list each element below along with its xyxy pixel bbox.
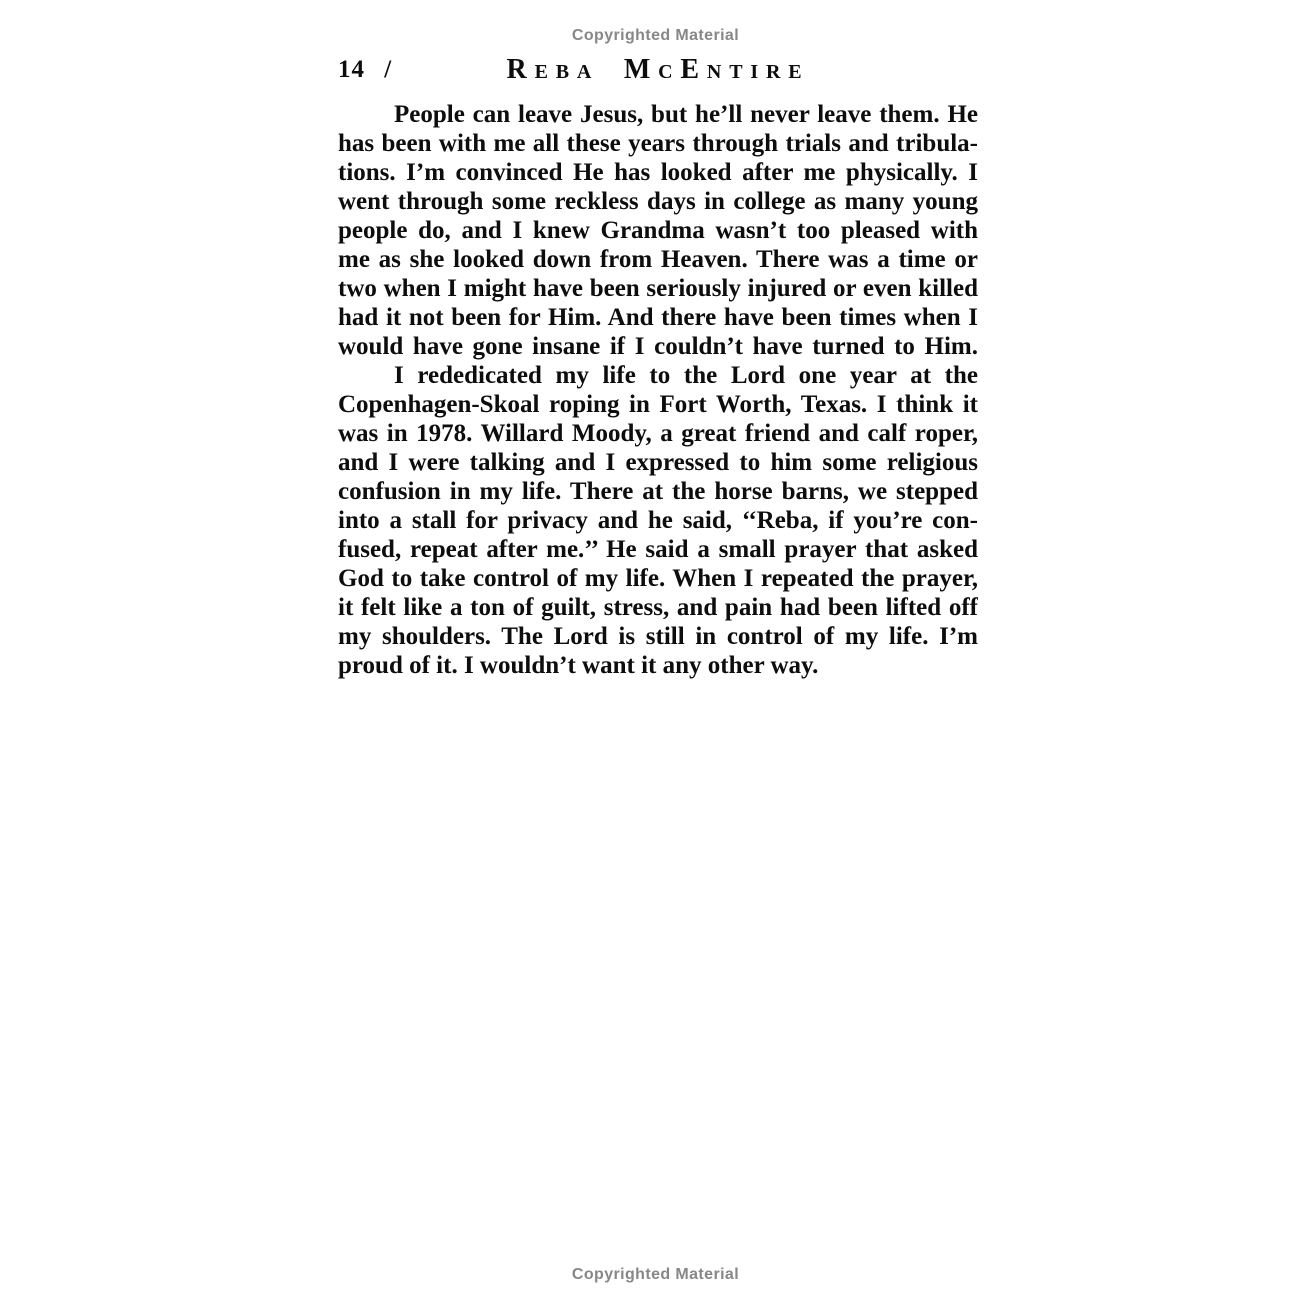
- text-line: into a stall for privacy and he said, ‘‘…: [338, 506, 978, 535]
- text-line: confusion in my life. There at the horse…: [338, 477, 978, 506]
- text-line: proud of it. I wouldn’t want it any othe…: [338, 651, 978, 680]
- text-line: my shoulders. The Lord is still in contr…: [338, 622, 978, 651]
- text-line: had it not been for Him. And there have …: [338, 303, 978, 332]
- text-line: went through some reckless days in colle…: [338, 187, 978, 216]
- text-line: was in 1978. Willard Moody, a great frie…: [338, 419, 978, 448]
- running-header-title: Reba McEntire: [338, 54, 978, 86]
- copyright-watermark-bottom: Copyrighted Material: [0, 1266, 1311, 1284]
- text-line: would have gone insane if I couldn’t hav…: [338, 332, 978, 361]
- body-text: People can leave Jesus, but he’ll never …: [338, 100, 978, 680]
- text-line: Copenhagen-Skoal roping in Fort Worth, T…: [338, 390, 978, 419]
- text-line: two when I might have been seriously inj…: [338, 274, 978, 303]
- text-line: it felt like a ton of guilt, stress, and…: [338, 593, 978, 622]
- text-line: me as she looked down from Heaven. There…: [338, 245, 978, 274]
- text-line: people do, and I knew Grandma wasn’t too…: [338, 216, 978, 245]
- paragraph: People can leave Jesus, but he’ll never …: [338, 100, 978, 361]
- text-line: tions. I’m convinced He has looked after…: [338, 158, 978, 187]
- text-line: and I were talking and I expressed to hi…: [338, 448, 978, 477]
- text-line: People can leave Jesus, but he’ll never …: [338, 100, 978, 129]
- text-line: fused, repeat after me.’’ He said a smal…: [338, 535, 978, 564]
- page-header: 14 / Reba McEntire: [338, 54, 978, 86]
- text-line: I rededicated my life to the Lord one ye…: [338, 361, 978, 390]
- copyright-watermark-top: Copyrighted Material: [0, 27, 1311, 45]
- book-page: { "page": { "watermark_top": "Copyrighte…: [0, 0, 1311, 1311]
- text-line: has been with me all these years through…: [338, 129, 978, 158]
- text-line: God to take control of my life. When I r…: [338, 564, 978, 593]
- paragraph: I rededicated my life to the Lord one ye…: [338, 361, 978, 680]
